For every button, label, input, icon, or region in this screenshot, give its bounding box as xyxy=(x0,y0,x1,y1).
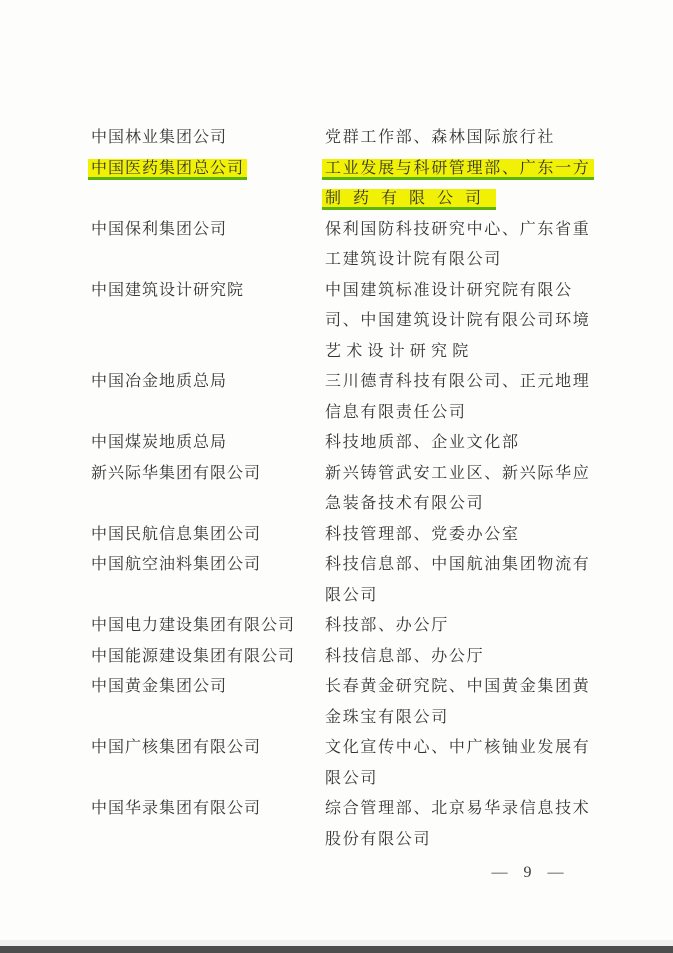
company-department-list: 中国林业集团公司 党群工作部、森林国际旅行社 中国医药集团总公司 工业发展与科研… xyxy=(91,123,636,855)
department-line: 信息有限责任公司 xyxy=(325,398,625,429)
page-number: — 9 — xyxy=(458,864,598,882)
departments-cell: 科技信息部、中国航油集团物流有 限公司 xyxy=(325,550,625,611)
department-line: 党群工作部、森林国际旅行社 xyxy=(325,123,625,154)
department-line: 科技信息部、办公厅 xyxy=(325,642,625,673)
departments-cell: 文化宣传中心、中广核铀业发展有 限公司 xyxy=(325,733,625,794)
departments-cell: 综合管理部、北京易华录信息技术 股份有限公司 xyxy=(325,794,625,855)
department-line: 制药有限公司 xyxy=(325,184,625,215)
document-page: 中国林业集团公司 党群工作部、森林国际旅行社 中国医药集团总公司 工业发展与科研… xyxy=(0,0,673,953)
departments-cell: 科技信息部、办公厅 xyxy=(325,642,625,673)
department-line: 金珠宝有限公司 xyxy=(325,703,625,734)
department-line: 科技管理部、党委办公室 xyxy=(325,520,625,551)
department-line: 限公司 xyxy=(325,581,625,612)
table-row-highlighted: 中国医药集团总公司 工业发展与科研管理部、广东一方 制药有限公司 xyxy=(91,154,636,215)
department-line: 急装备技术有限公司 xyxy=(325,489,625,520)
company-name-cell: 中国华录集团有限公司 xyxy=(91,794,325,825)
department-line: 文化宣传中心、中广核铀业发展有 xyxy=(325,733,625,764)
company-name-cell: 中国保利集团公司 xyxy=(91,215,325,246)
departments-cell: 保利国防科技研究中心、广东省重 工建筑设计院有限公司 xyxy=(325,215,625,276)
table-row: 中国华录集团有限公司 综合管理部、北京易华录信息技术 股份有限公司 xyxy=(91,794,636,855)
company-name-cell: 中国冶金地质总局 xyxy=(91,367,325,398)
departments-cell: 科技管理部、党委办公室 xyxy=(325,520,625,551)
department-line: 长春黄金研究院、中国黄金集团黄 xyxy=(325,672,625,703)
department-line: 司、中国建筑设计院有限公司环境 xyxy=(325,306,625,337)
department-line: 综合管理部、北京易华录信息技术 xyxy=(325,794,625,825)
company-name-cell: 中国民航信息集团公司 xyxy=(91,520,325,551)
department-line: 股份有限公司 xyxy=(325,825,625,856)
company-name-cell: 中国黄金集团公司 xyxy=(91,672,325,703)
scan-edge-dark-bar xyxy=(0,946,673,953)
departments-cell: 科技部、办公厅 xyxy=(325,611,625,642)
company-name-cell: 中国电力建设集团有限公司 xyxy=(91,611,325,642)
table-row: 中国能源建设集团有限公司 科技信息部、办公厅 xyxy=(91,642,636,673)
departments-cell: 科技地质部、企业文化部 xyxy=(325,428,625,459)
department-line: 中国建筑标准设计研究院有限公 xyxy=(325,276,625,307)
table-row: 中国民航信息集团公司 科技管理部、党委办公室 xyxy=(91,520,636,551)
table-row: 中国冶金地质总局 三川德青科技有限公司、正元地理 信息有限责任公司 xyxy=(91,367,636,428)
table-row: 中国广核集团有限公司 文化宣传中心、中广核铀业发展有 限公司 xyxy=(91,733,636,794)
table-row: 中国电力建设集团有限公司 科技部、办公厅 xyxy=(91,611,636,642)
departments-cell: 工业发展与科研管理部、广东一方 制药有限公司 xyxy=(325,154,625,215)
company-name-cell: 中国医药集团总公司 xyxy=(91,154,325,185)
department-line: 工业发展与科研管理部、广东一方 xyxy=(325,154,625,185)
department-line: 科技部、办公厅 xyxy=(325,611,625,642)
department-line: 艺术设计研究院 xyxy=(325,337,625,368)
table-row: 中国煤炭地质总局 科技地质部、企业文化部 xyxy=(91,428,636,459)
table-row: 中国保利集团公司 保利国防科技研究中心、广东省重 工建筑设计院有限公司 xyxy=(91,215,636,276)
highlighted-department-text: 工业发展与科研管理部、广东一方 xyxy=(322,159,594,180)
department-line: 三川德青科技有限公司、正元地理 xyxy=(325,367,625,398)
company-name-cell: 中国能源建设集团有限公司 xyxy=(91,642,325,673)
department-line: 限公司 xyxy=(325,764,625,795)
table-row: 中国黄金集团公司 长春黄金研究院、中国黄金集团黄 金珠宝有限公司 xyxy=(91,672,636,733)
highlighted-department-text: 制药有限公司 xyxy=(322,189,496,210)
departments-cell: 三川德青科技有限公司、正元地理 信息有限责任公司 xyxy=(325,367,625,428)
department-line: 科技地质部、企业文化部 xyxy=(325,428,625,459)
department-line: 科技信息部、中国航油集团物流有 xyxy=(325,550,625,581)
departments-cell: 党群工作部、森林国际旅行社 xyxy=(325,123,625,154)
company-name-cell: 中国煤炭地质总局 xyxy=(91,428,325,459)
table-row: 中国建筑设计研究院 中国建筑标准设计研究院有限公 司、中国建筑设计院有限公司环境… xyxy=(91,276,636,368)
department-line: 新兴铸管武安工业区、新兴际华应 xyxy=(325,459,625,490)
company-name-cell: 新兴际华集团有限公司 xyxy=(91,459,325,490)
department-line: 保利国防科技研究中心、广东省重 xyxy=(325,215,625,246)
highlighted-company-name: 中国医药集团总公司 xyxy=(88,159,247,180)
company-name-cell: 中国航空油料集团公司 xyxy=(91,550,325,581)
table-row: 中国林业集团公司 党群工作部、森林国际旅行社 xyxy=(91,123,636,154)
departments-cell: 新兴铸管武安工业区、新兴际华应 急装备技术有限公司 xyxy=(325,459,625,520)
departments-cell: 中国建筑标准设计研究院有限公 司、中国建筑设计院有限公司环境 艺术设计研究院 xyxy=(325,276,625,368)
company-name-cell: 中国建筑设计研究院 xyxy=(91,276,325,307)
departments-cell: 长春黄金研究院、中国黄金集团黄 金珠宝有限公司 xyxy=(325,672,625,733)
table-row: 中国航空油料集团公司 科技信息部、中国航油集团物流有 限公司 xyxy=(91,550,636,611)
company-name-cell: 中国广核集团有限公司 xyxy=(91,733,325,764)
table-row: 新兴际华集团有限公司 新兴铸管武安工业区、新兴际华应 急装备技术有限公司 xyxy=(91,459,636,520)
company-name-cell: 中国林业集团公司 xyxy=(91,123,325,154)
department-line: 工建筑设计院有限公司 xyxy=(325,245,625,276)
